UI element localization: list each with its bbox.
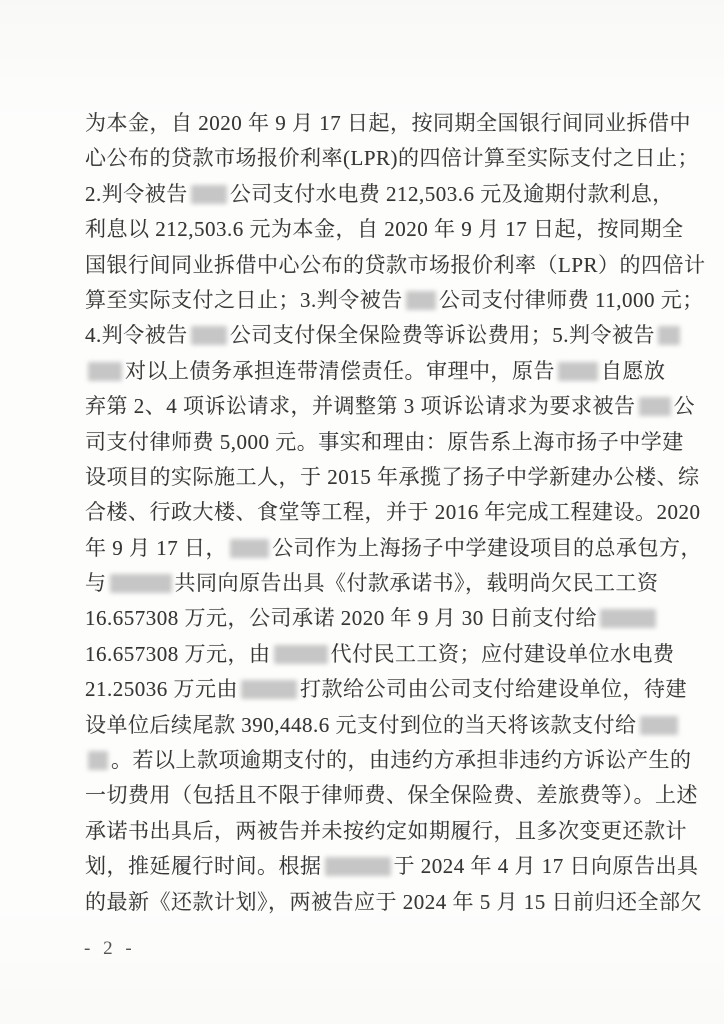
text-segment: 21.25036 万元由 — [85, 677, 238, 701]
text-segment: 为本金，自 2020 年 9 月 17 日起，按同期全国银行间同业拆借中 — [85, 111, 691, 135]
text-line: 利息以 212,503.6 元为本金，自 2020 年 9 月 17 日起，按同… — [85, 212, 645, 247]
text-segment: 于 2024 年 4 月 17 日向原告出具 — [394, 854, 699, 878]
text-segment: 公司支付水电费 212,503.6 元及逾期付款利息， — [230, 182, 674, 206]
text-segment: 与 — [85, 571, 107, 595]
redaction-block — [110, 574, 172, 593]
redaction-block — [88, 751, 108, 770]
text-line: 合楼、行政大楼、食堂等工程，并于 2016 年完成工程建设。2020 — [85, 495, 645, 530]
redaction-block — [191, 185, 227, 204]
text-line: 4.判令被告公司支付保全保险费等诉讼费用；5.判令被告 — [85, 318, 645, 353]
redaction-block — [191, 326, 227, 345]
text-line: 21.25036 万元由打款给公司由公司支付给建设单位，待建 — [85, 672, 645, 707]
text-segment: 共同向原告出具《付款承诺书》，载明尚欠民工工资 — [175, 571, 659, 595]
redaction-block — [639, 397, 671, 416]
text-segment: 公司支付律师费 11,000 元； — [439, 288, 704, 312]
text-line: 司支付律师费 5,000 元。事实和理由：原告系上海市扬子中学建 — [85, 425, 645, 460]
text-segment: 年 9 月 17 日， — [85, 536, 227, 560]
text-segment: 16.657308 万元，由 — [85, 642, 271, 666]
text-line: 年 9 月 17 日，公司作为上海扬子中学建设项目的总承包方， — [85, 531, 645, 566]
text-line: 心公布的贷款市场报价利率(LPR)的四倍计算至实际支付之日止； — [85, 141, 645, 176]
text-segment: 公司支付保全保险费等诉讼费用；5.判令被告 — [230, 323, 655, 347]
document-body: 为本金，自 2020 年 9 月 17 日起，按同期全国银行间同业拆借中心公布的… — [85, 106, 645, 920]
text-segment: 合楼、行政大楼、食堂等工程，并于 2016 年完成工程建设。2020 — [85, 500, 701, 524]
text-segment: 4.判令被告 — [85, 323, 188, 347]
redaction-block — [658, 326, 680, 345]
text-line: 为本金，自 2020 年 9 月 17 日起，按同期全国银行间同业拆借中 — [85, 106, 645, 141]
text-segment: 2.判令被告 — [85, 182, 188, 206]
text-segment: 弃第 2、4 项诉讼请求，并调整第 3 项诉讼请求为要求被告 — [85, 394, 636, 418]
text-segment: 司支付律师费 5,000 元。事实和理由：原告系上海市扬子中学建 — [85, 430, 684, 454]
text-segment: 划，推延履行时间。根据 — [85, 854, 322, 878]
text-line: 弃第 2、4 项诉讼请求，并调整第 3 项诉讼请求为要求被告公 — [85, 389, 645, 424]
text-line: 。若以上款项逾期支付的，由违约方承担非违约方诉讼产生的 — [85, 743, 645, 778]
redaction-block — [640, 716, 678, 735]
text-line: 划，推延履行时间。根据于 2024 年 4 月 17 日向原告出具 — [85, 849, 645, 884]
text-segment: 国银行间同业拆借中心公布的贷款市场报价利率（LPR）的四倍计 — [85, 253, 706, 277]
text-segment: 代付民工工资；应付建设单位水电费 — [331, 642, 675, 666]
text-segment: 公 — [674, 394, 696, 418]
text-segment: 算至实际支付之日止；3.判令被告 — [85, 288, 403, 312]
text-line: 国银行间同业拆借中心公布的贷款市场报价利率（LPR）的四倍计 — [85, 248, 645, 283]
text-line: 与共同向原告出具《付款承诺书》，载明尚欠民工工资 — [85, 566, 645, 601]
text-segment: 对以上债务承担连带清偿责任。审理中，原告 — [125, 359, 555, 383]
text-segment: 设项目的实际施工人，于 2015 年承揽了扬子中学新建办公楼、综 — [85, 465, 700, 489]
text-segment: 。若以上款项逾期支付的，由违约方承担非违约方诉讼产生的 — [111, 748, 692, 772]
text-line: 设单位后续尾款 390,448.6 元支付到位的当天将该款支付给 — [85, 708, 645, 743]
text-segment: 一切费用（包括且不限于律师费、保全保险费、差旅费等）。上述 — [85, 783, 698, 807]
text-line: 设项目的实际施工人，于 2015 年承揽了扬子中学新建办公楼、综 — [85, 460, 645, 495]
text-segment: 打款给公司由公司支付给建设单位，待建 — [300, 677, 687, 701]
redaction-block — [558, 362, 598, 381]
text-line: 承诺书出具后，两被告并未按约定如期履行，且多次变更还款计 — [85, 814, 645, 849]
redaction-block — [600, 609, 656, 628]
text-line: 的最新《还款计划》，两被告应于 2024 年 5 月 15 日前归还全部欠 — [85, 885, 645, 920]
text-segment: 16.657308 万元，公司承诺 2020 年 9 月 30 日前支付给 — [85, 606, 597, 630]
text-segment: 心公布的贷款市场报价利率(LPR)的四倍计算至实际支付之日止； — [85, 146, 699, 170]
redaction-block — [325, 857, 391, 876]
text-segment: 设单位后续尾款 390,448.6 元支付到位的当天将该款支付给 — [85, 713, 637, 737]
text-segment: 的最新《还款计划》，两被告应于 2024 年 5 月 15 日前归还全部欠 — [85, 890, 702, 914]
redaction-block — [230, 539, 269, 558]
document-page: 为本金，自 2020 年 9 月 17 日起，按同期全国银行间同业拆借中心公布的… — [0, 0, 724, 1024]
redaction-block — [406, 291, 436, 310]
text-line: 16.657308 万元，由代付民工工资；应付建设单位水电费 — [85, 637, 645, 672]
text-line: 对以上债务承担连带清偿责任。审理中，原告自愿放 — [85, 354, 645, 389]
text-segment: 自愿放 — [601, 359, 666, 383]
text-line: 算至实际支付之日止；3.判令被告公司支付律师费 11,000 元； — [85, 283, 645, 318]
text-line: 16.657308 万元，公司承诺 2020 年 9 月 30 日前支付给 — [85, 601, 645, 636]
redaction-block — [274, 645, 328, 664]
page-number: - 2 - — [84, 934, 136, 964]
text-segment: 利息以 212,503.6 元为本金，自 2020 年 9 月 17 日起，按同… — [85, 217, 684, 241]
redaction-block — [241, 680, 297, 699]
text-line: 一切费用（包括且不限于律师费、保全保险费、差旅费等）。上述 — [85, 778, 645, 813]
redaction-block — [88, 362, 122, 381]
text-segment: 承诺书出具后，两被告并未按约定如期履行，且多次变更还款计 — [85, 819, 687, 843]
text-line: 2.判令被告公司支付水电费 212,503.6 元及逾期付款利息， — [85, 177, 645, 212]
text-segment: 公司作为上海扬子中学建设项目的总承包方， — [272, 536, 702, 560]
